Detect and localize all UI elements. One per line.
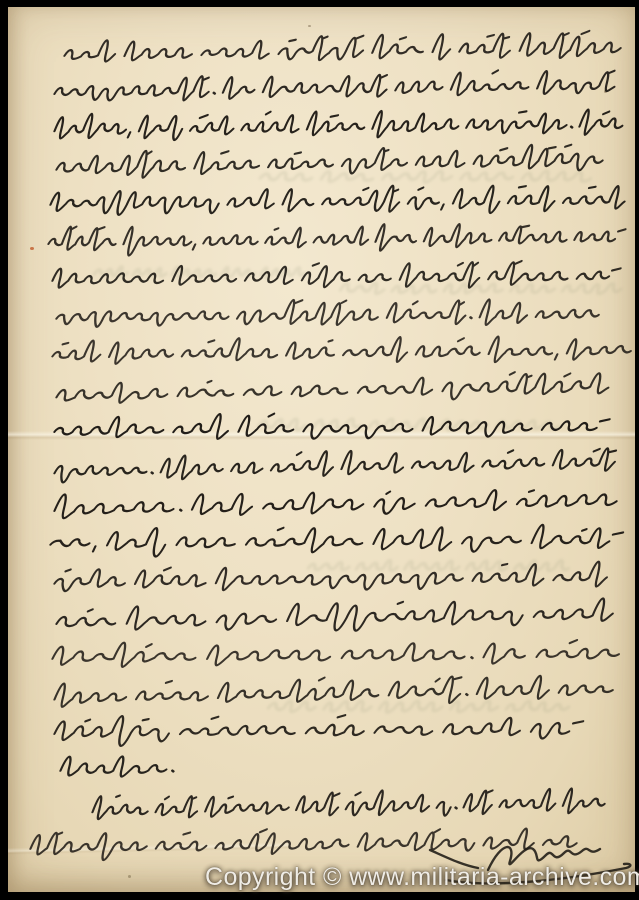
handwriting-layer [8, 7, 635, 892]
letter-paper: Copyright © www.militaria-archive.com [8, 7, 635, 892]
scanned-letter-photo: { "document": { "kind": "handwritten let… [0, 0, 639, 900]
copyright-watermark: Copyright © www.militaria-archive.com [205, 863, 639, 892]
